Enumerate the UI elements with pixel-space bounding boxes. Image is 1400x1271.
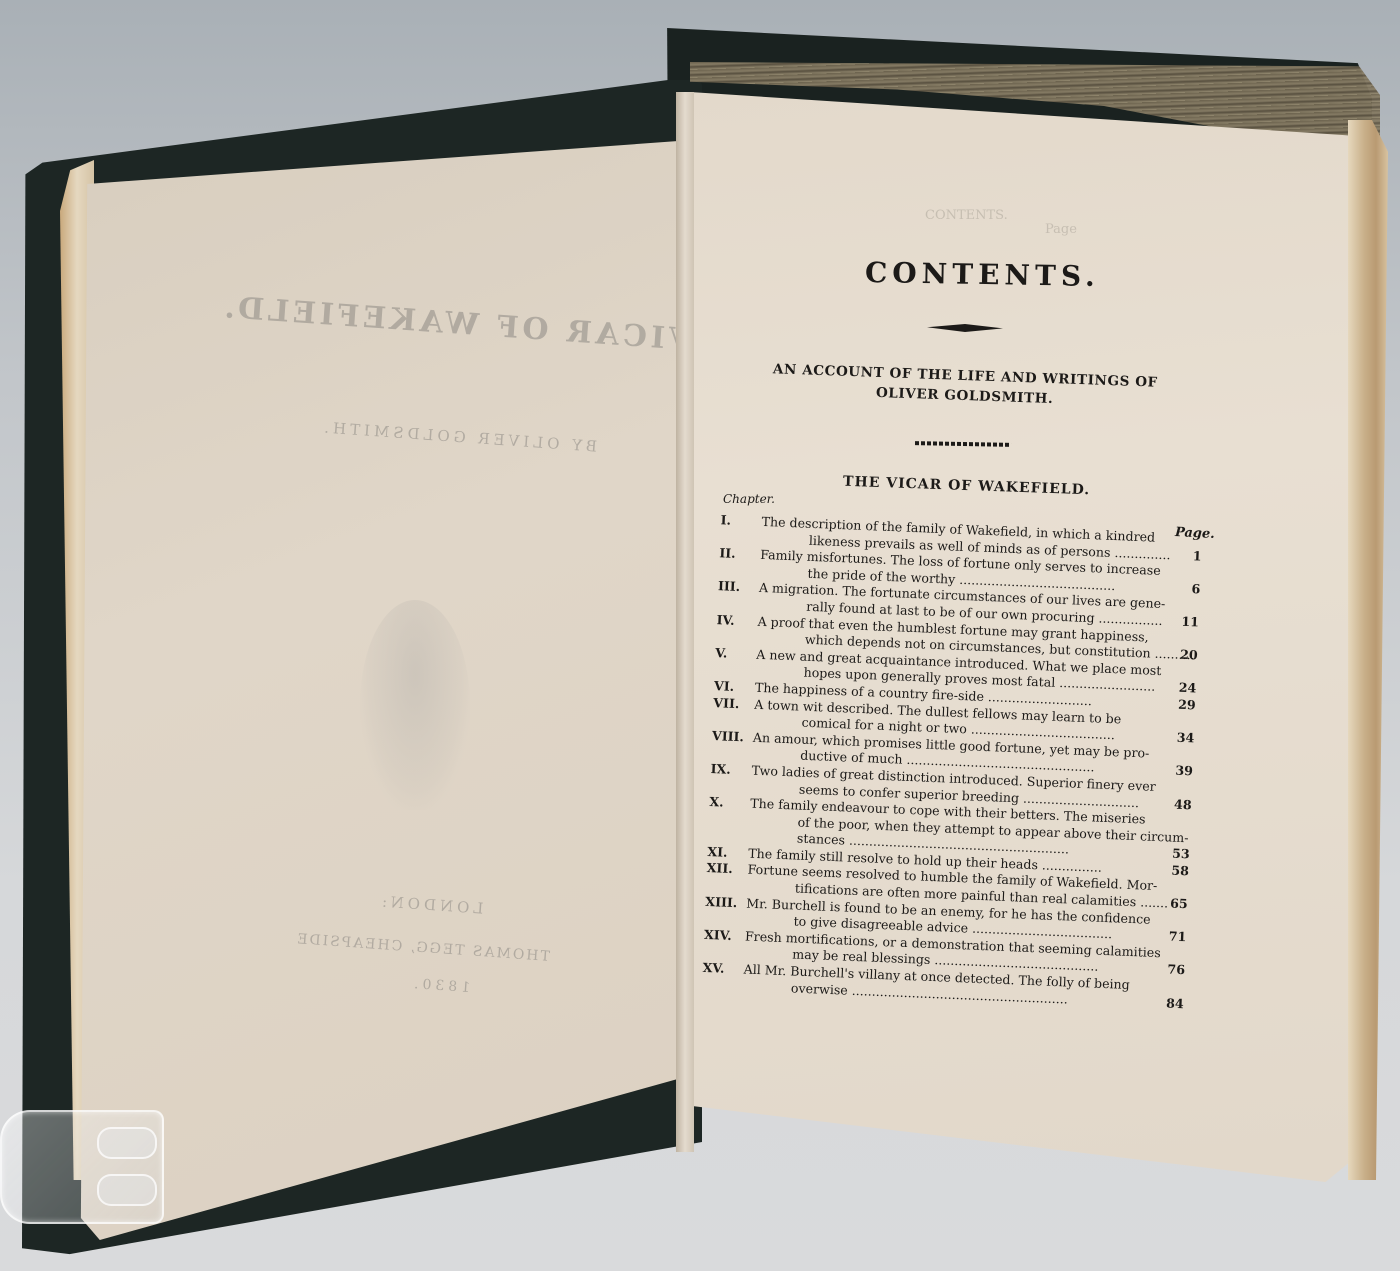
show-through-page-label: Page bbox=[1045, 222, 1077, 237]
chapter-number: IX. bbox=[710, 761, 731, 778]
chapter-column-label: Chapter. bbox=[723, 492, 775, 506]
page-number: 20 bbox=[1180, 647, 1198, 664]
chapter-number: VIII. bbox=[712, 728, 744, 746]
page-number: 29 bbox=[1178, 697, 1196, 714]
show-through-running-head: CONTENTS. bbox=[925, 208, 1008, 223]
page-number: 34 bbox=[1176, 730, 1194, 747]
chapter-number: XV. bbox=[702, 960, 724, 977]
chapter-number: III. bbox=[718, 579, 741, 596]
chapter-number: V. bbox=[715, 645, 728, 662]
chapter-number: VII. bbox=[713, 695, 740, 713]
page-number: 76 bbox=[1167, 962, 1185, 979]
chapter-number: IV. bbox=[716, 612, 735, 629]
page-block-fore-edge bbox=[1348, 120, 1388, 1180]
table-of-contents: I.The description of the family of Wakef… bbox=[696, 512, 1215, 1013]
chapter-number: I. bbox=[720, 512, 731, 529]
page-number: 11 bbox=[1181, 614, 1199, 631]
page-number: 84 bbox=[1166, 995, 1184, 1012]
page-number: 24 bbox=[1178, 680, 1196, 697]
chapter-number: XIII. bbox=[705, 894, 737, 912]
clip-finger-upper bbox=[97, 1127, 157, 1159]
page-number: 71 bbox=[1168, 929, 1186, 946]
page-number: 53 bbox=[1172, 846, 1190, 863]
chapter-number: XII. bbox=[706, 860, 733, 878]
clip-finger-lower bbox=[97, 1174, 157, 1206]
book-photo-scene: THE VICAR OF WAKEFIELD. BY OLIVER GOLDSM… bbox=[0, 0, 1400, 1271]
book-page-clip bbox=[0, 1110, 164, 1224]
page-number: 1 bbox=[1193, 548, 1202, 565]
page-number: 58 bbox=[1171, 862, 1189, 879]
page-number: 39 bbox=[1175, 763, 1193, 780]
page-number: 65 bbox=[1170, 896, 1188, 913]
chapter-number: XIV. bbox=[704, 927, 732, 945]
show-through-vignette-illustration bbox=[360, 600, 470, 810]
book-gutter bbox=[676, 92, 694, 1152]
chapter-number: II. bbox=[719, 545, 736, 562]
page-number: 6 bbox=[1191, 581, 1200, 598]
page-title: CONTENTS. bbox=[865, 256, 1100, 293]
page-number: 48 bbox=[1174, 796, 1192, 813]
chapter-number: X. bbox=[709, 794, 724, 811]
chapter-number: XI. bbox=[707, 844, 728, 861]
chapter-number: VI. bbox=[714, 678, 735, 695]
